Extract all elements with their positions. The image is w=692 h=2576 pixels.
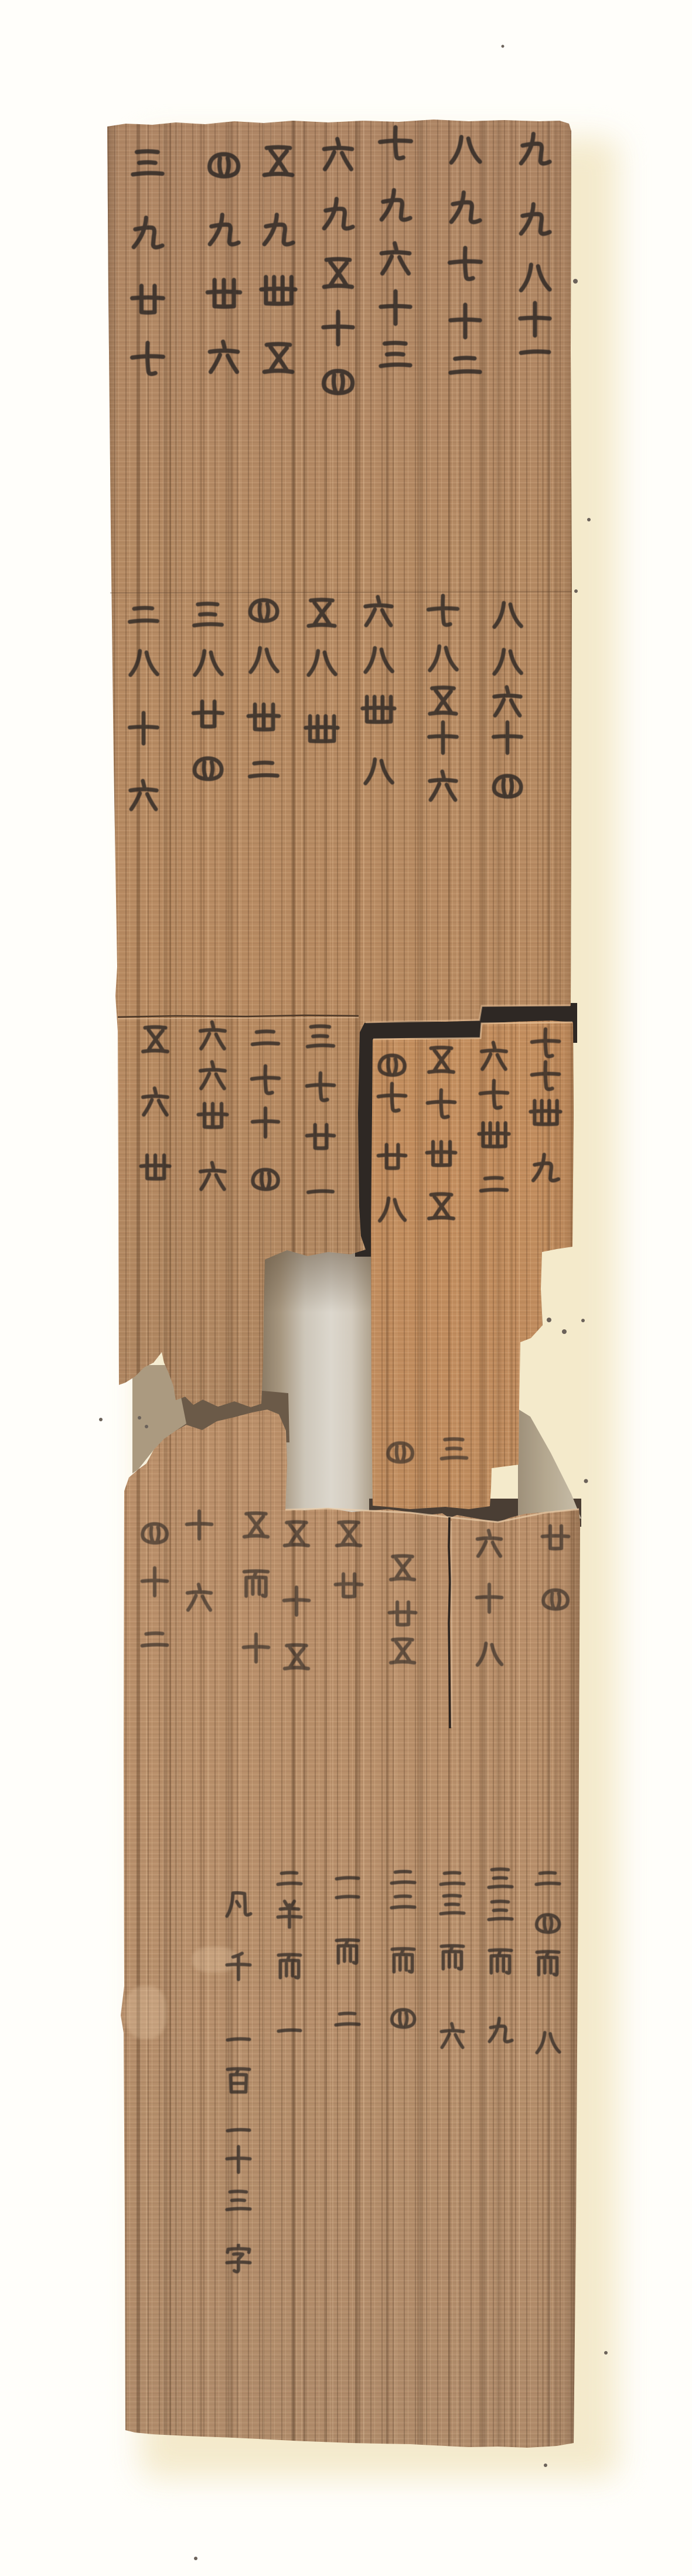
- character: 三: [376, 335, 415, 374]
- character: 五: [386, 1635, 419, 1667]
- character: 十: [319, 309, 357, 347]
- character: 五: [425, 683, 461, 719]
- character: 二: [125, 596, 162, 633]
- character: 廿: [332, 1570, 365, 1603]
- character: 五: [259, 339, 298, 377]
- character: 八: [425, 640, 461, 676]
- character: 廿: [304, 1121, 338, 1155]
- character: 九: [516, 200, 554, 239]
- crack-highlight: [118, 1018, 359, 1019]
- character: 一: [223, 2115, 254, 2145]
- character: 六: [473, 1528, 506, 1561]
- character: 五: [280, 1640, 313, 1673]
- character: 二: [138, 1623, 171, 1656]
- character: 五: [280, 1517, 313, 1550]
- character: 一: [223, 2024, 254, 2055]
- character: 二: [477, 1167, 511, 1201]
- character: 三: [485, 1863, 516, 1893]
- character: 六: [360, 594, 397, 630]
- character: 十: [183, 1509, 216, 1541]
- character: 九: [516, 130, 554, 169]
- character: 三: [190, 596, 226, 633]
- character: 七: [424, 1087, 458, 1121]
- character: 四: [190, 751, 226, 787]
- character: 卅: [246, 700, 282, 736]
- character: 九: [376, 186, 415, 225]
- character: 二: [388, 1886, 418, 1917]
- character: 六: [204, 339, 243, 377]
- character: 卌: [477, 1119, 511, 1153]
- character: 三: [485, 1895, 516, 1926]
- character: 八: [489, 596, 526, 633]
- character: 百: [223, 2065, 254, 2096]
- character: 九: [529, 1151, 563, 1185]
- dust-speck: [502, 45, 504, 48]
- character: 十: [425, 719, 461, 756]
- character: 八: [473, 1637, 506, 1670]
- character: 六: [196, 1160, 230, 1194]
- character: 四: [204, 146, 243, 185]
- upper-edge-highlight: [366, 1005, 570, 1022]
- character: 十: [280, 1585, 313, 1618]
- character: 十: [248, 1106, 282, 1139]
- character: 十: [223, 2144, 254, 2175]
- character: 十: [446, 302, 485, 340]
- character: 五: [259, 142, 298, 180]
- character: 七: [304, 1070, 338, 1104]
- character: 八: [375, 1192, 409, 1226]
- character: 卌: [259, 272, 298, 311]
- character: 七: [128, 340, 167, 378]
- character: 六: [196, 1059, 230, 1093]
- character: 四: [246, 593, 282, 629]
- character: 卅: [204, 275, 243, 314]
- character: 八: [246, 642, 282, 678]
- character: 而: [485, 1946, 516, 1977]
- character: 十: [240, 1632, 272, 1664]
- character: 十: [376, 288, 415, 327]
- character: 廿: [190, 697, 226, 733]
- dust-speck: [587, 518, 591, 521]
- character: 八: [190, 644, 226, 681]
- character: 七: [529, 1026, 563, 1060]
- dust-speck: [574, 589, 578, 593]
- character: 八: [304, 644, 340, 681]
- dust-speck: [573, 279, 578, 284]
- character: 七: [529, 1059, 563, 1093]
- character: 二: [533, 1863, 563, 1893]
- character: 四: [248, 1163, 282, 1197]
- vertical-crack: [449, 1517, 450, 1728]
- character: 五: [424, 1189, 458, 1223]
- character: 廿: [128, 281, 167, 320]
- character: 廿: [375, 1141, 409, 1175]
- character: 四: [375, 1049, 409, 1083]
- character: 十: [138, 1565, 171, 1598]
- character: 卅: [196, 1100, 230, 1134]
- dust-speck: [544, 2464, 547, 2467]
- dust-speck: [145, 1425, 148, 1428]
- character: 八: [533, 2027, 563, 2058]
- character: 三: [304, 1019, 338, 1053]
- character: 七: [376, 124, 415, 163]
- character: 八: [125, 644, 162, 681]
- character: 九: [319, 195, 357, 234]
- character: 九: [446, 189, 485, 227]
- character: 六: [477, 1040, 511, 1074]
- dust-speck: [547, 1318, 551, 1322]
- dust-speck: [562, 1329, 567, 1334]
- character: 二: [332, 2004, 363, 2034]
- character: 九: [204, 211, 243, 250]
- dust-speck: [194, 2557, 197, 2560]
- character: 七: [446, 245, 485, 284]
- character: 六: [489, 684, 526, 721]
- character: 而: [437, 1942, 468, 1973]
- character: 六: [425, 769, 461, 805]
- character: 而: [388, 1945, 418, 1975]
- character: 一: [516, 333, 554, 371]
- character: 卅: [138, 1151, 172, 1185]
- dust-speck: [584, 1479, 588, 1483]
- character: 五: [304, 595, 340, 631]
- character: 十: [473, 1582, 506, 1615]
- character: 一: [304, 1175, 338, 1209]
- character: 八: [360, 753, 397, 789]
- character: 二: [248, 1021, 282, 1055]
- character: 四: [384, 1437, 417, 1469]
- character: 七: [477, 1078, 511, 1112]
- ruling-line: [110, 592, 571, 593]
- character: 八: [446, 130, 485, 169]
- dust-speck: [604, 2351, 608, 2355]
- character: 而: [533, 1948, 563, 1978]
- character: 二: [274, 1863, 305, 1893]
- character: 四: [138, 1517, 171, 1550]
- character: 六: [125, 778, 162, 814]
- character: 五: [138, 1022, 172, 1056]
- character: 十: [489, 719, 526, 756]
- character: 四: [489, 769, 526, 805]
- character: 三: [437, 1889, 468, 1920]
- dust-speck: [138, 1416, 141, 1420]
- character: 五: [424, 1043, 458, 1077]
- character: 凡: [223, 1889, 254, 1920]
- character: 四: [533, 1909, 563, 1939]
- photo-stage: 九 九 八 十 一 八 九 七 十 二 七 九 六 十 三 六 九 五 十 四: [0, 0, 692, 2576]
- character: 二: [246, 751, 282, 787]
- character: 三: [438, 1432, 471, 1465]
- character: 十: [125, 710, 162, 746]
- character: 三: [128, 144, 167, 182]
- character: 六: [437, 2021, 468, 2052]
- dust-speck: [99, 1418, 103, 1421]
- character: 三: [223, 2185, 254, 2216]
- character: 卅: [424, 1138, 458, 1172]
- character: 五: [386, 1551, 419, 1584]
- dust-speck: [581, 1319, 585, 1322]
- character: 九: [259, 211, 298, 250]
- character: 二: [446, 346, 485, 384]
- character: 卌: [529, 1097, 563, 1131]
- vertical-crack-highlight: [451, 1521, 452, 1727]
- dust-specks: [99, 45, 608, 2561]
- character: 八: [360, 642, 397, 678]
- character: 九: [485, 2015, 516, 2046]
- horizontal-crack: [118, 1015, 359, 1017]
- character: 字: [223, 2244, 254, 2274]
- character: 七: [425, 593, 461, 629]
- character: 五: [332, 1517, 365, 1550]
- character: 一: [274, 2015, 305, 2046]
- character: 四: [388, 2004, 418, 2034]
- character: 五: [319, 254, 357, 292]
- character: 半: [274, 1898, 305, 1929]
- character: 卌: [360, 692, 397, 729]
- character: 六: [319, 136, 357, 175]
- character: 七: [375, 1081, 409, 1115]
- character: 七: [248, 1063, 282, 1097]
- character: 千: [223, 1951, 254, 1981]
- character: 八: [489, 643, 526, 680]
- character: 而: [274, 1951, 305, 1981]
- character: 六: [376, 240, 415, 279]
- lower-edge-highlight: [285, 1509, 579, 1522]
- character: 五: [240, 1509, 272, 1541]
- character: 八: [516, 258, 554, 296]
- character: 卌: [304, 712, 340, 748]
- character: 廿: [539, 1522, 572, 1555]
- character: 四: [539, 1584, 572, 1616]
- character: 六: [183, 1582, 216, 1615]
- character: 六: [196, 1019, 230, 1053]
- character: 一: [332, 1882, 363, 1912]
- character: 九: [128, 214, 167, 253]
- character: 而: [332, 1936, 363, 1967]
- character: 四: [319, 363, 357, 402]
- character: 而: [240, 1567, 272, 1600]
- character: 六: [138, 1086, 172, 1120]
- character: 廿: [386, 1598, 419, 1631]
